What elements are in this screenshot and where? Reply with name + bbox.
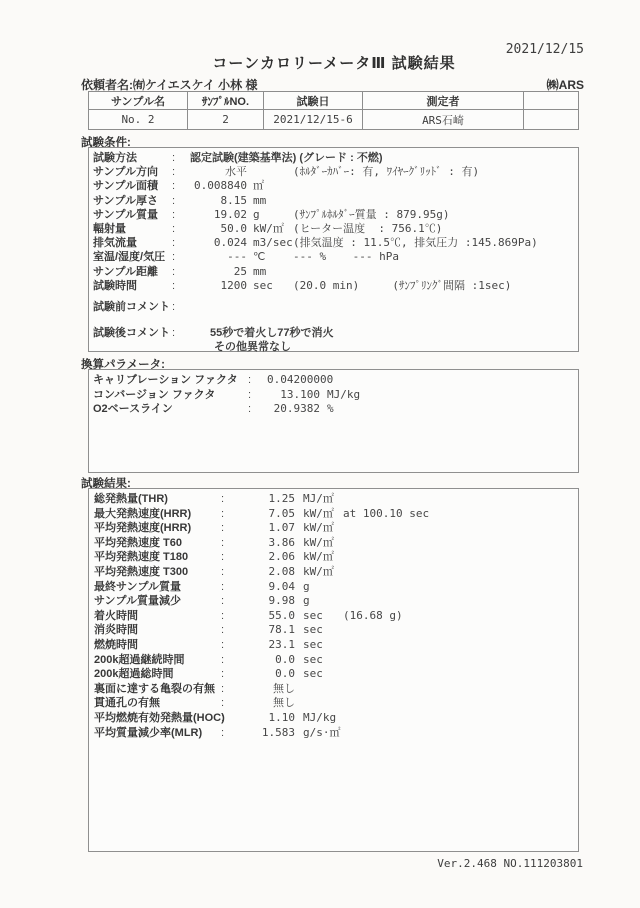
condition-row: 輻射量 : 50.0 kW/㎡ (ヒーター温度 : 756.1℃) bbox=[93, 222, 578, 236]
parameter-row: O2ベースライン : 20.9382 % bbox=[93, 402, 578, 417]
condition-value: 25 bbox=[180, 265, 247, 279]
page-title: コーンカロリーメータⅢ 試験結果 bbox=[88, 52, 580, 73]
sample-info-table: サンプル名ｻﾝﾌﾟﾙNO.試験日測定者 No. 222021/12/15-6AR… bbox=[88, 91, 579, 130]
condition-row: サンプル質量 : 19.02 g (ｻﾝﾌﾟﾙﾎﾙﾀﾞｰ質量 : 879.95g… bbox=[93, 208, 578, 222]
condition-text: 認定試験(建築基準法) (グレード : 不燃) bbox=[190, 151, 382, 165]
condition-row: 室温/湿度/気圧 : --- ℃ --- % --- hPa bbox=[93, 250, 578, 264]
colon: : bbox=[221, 609, 229, 624]
parameter-value: 0.04200000 bbox=[267, 373, 333, 388]
colon: : bbox=[221, 550, 229, 565]
table-data-cell: 2 bbox=[188, 110, 264, 129]
result-value: 無し bbox=[229, 696, 295, 711]
condition-label: サンプル面積 bbox=[93, 179, 172, 193]
result-row: 消炎時間 : 78.1 sec bbox=[94, 623, 578, 638]
colon: : bbox=[221, 682, 229, 697]
result-value: 2.08 bbox=[229, 565, 295, 580]
colon: : bbox=[248, 373, 256, 388]
result-row: 平均発熱速度(HRR) : 1.07 kW/㎡ bbox=[94, 521, 578, 536]
post-test-comment-row: 試験後コメント : 55秒で着火し77秒で消火 bbox=[93, 326, 578, 340]
result-label: 平均発熱速度 T60 bbox=[94, 536, 221, 551]
table-header-cell: 測定者 bbox=[363, 92, 524, 109]
result-value: 1.07 bbox=[229, 521, 295, 536]
sample-table-data-row: No. 222021/12/15-6ARS石崎 bbox=[89, 110, 578, 129]
result-value: 9.04 bbox=[229, 580, 295, 595]
result-value: 23.1 bbox=[229, 638, 295, 653]
condition-label: 排気流量 bbox=[93, 236, 172, 250]
colon: : bbox=[221, 638, 229, 653]
colon: : bbox=[248, 388, 256, 403]
result-unit: MJ/kg bbox=[303, 711, 343, 726]
colon: : bbox=[172, 326, 180, 340]
parameter-unit: % bbox=[327, 402, 334, 417]
condition-label: サンプル厚さ bbox=[93, 194, 172, 208]
result-value: 78.1 bbox=[229, 623, 295, 638]
colon: : bbox=[172, 165, 180, 179]
result-value: 1.10 bbox=[229, 711, 295, 726]
colon: : bbox=[172, 279, 180, 293]
colon: : bbox=[172, 300, 180, 314]
parameter-unit: MJ/kg bbox=[327, 388, 360, 403]
condition-row: 試験時間 : 1200 sec (20.0 min) (ｻﾝﾌﾟﾘﾝｸﾞ間隔 :… bbox=[93, 279, 578, 293]
result-unit: kW/㎡ bbox=[303, 507, 343, 522]
condition-row: サンプル距離 : 25 mm bbox=[93, 265, 578, 279]
parameter-label: キャリブレーション ファクタ bbox=[93, 373, 248, 388]
colon: : bbox=[221, 580, 229, 595]
condition-row: サンプル厚さ : 8.15 mm bbox=[93, 194, 578, 208]
colon: : bbox=[221, 594, 229, 609]
condition-value: 50.0 bbox=[180, 222, 247, 236]
colon: : bbox=[221, 653, 229, 668]
colon: : bbox=[172, 236, 180, 250]
condition-rows: サンプル方向 : 水平 (ﾎﾙﾀﾞｰｶﾊﾞｰ: 有, ﾜｲﾔｰｸﾞﾘｯﾄﾞ : … bbox=[93, 165, 578, 293]
colon: : bbox=[221, 667, 229, 682]
result-unit: MJ/㎡ bbox=[303, 492, 343, 507]
condition-value: 水平 bbox=[180, 165, 247, 179]
result-value: 7.05 bbox=[229, 507, 295, 522]
result-unit: kW/㎡ bbox=[303, 521, 343, 536]
result-unit: kW/㎡ bbox=[303, 550, 343, 565]
condition-unit: ㎡ bbox=[253, 179, 293, 193]
colon: : bbox=[221, 726, 229, 741]
result-value: 55.0 bbox=[229, 609, 295, 624]
result-unit: sec bbox=[303, 638, 343, 653]
condition-note: --- % --- hPa bbox=[293, 250, 399, 264]
parameter-value: 13.100 bbox=[267, 388, 320, 403]
conversion-parameters-box: キャリブレーション ファクタ : 0.04200000 コンバージョン ファクタ… bbox=[88, 369, 579, 473]
condition-label: 試験時間 bbox=[93, 279, 172, 293]
result-unit: sec bbox=[303, 623, 343, 638]
result-value: 2.06 bbox=[229, 550, 295, 565]
result-label: 平均質量減少率(MLR) bbox=[94, 726, 221, 741]
result-row: 最終サンプル質量 : 9.04 g bbox=[94, 580, 578, 595]
condition-label: サンプル方向 bbox=[93, 165, 172, 179]
result-row: 平均発熱速度 T300 : 2.08 kW/㎡ bbox=[94, 565, 578, 580]
condition-label: 室温/湿度/気圧 bbox=[93, 250, 172, 264]
result-unit: kW/㎡ bbox=[303, 536, 343, 551]
post-test-comment-line2: その他異常なし bbox=[214, 340, 578, 354]
condition-value: --- bbox=[180, 250, 247, 264]
table-header-cell: サンプル名 bbox=[89, 92, 188, 109]
result-label: 燃焼時間 bbox=[94, 638, 221, 653]
colon: : bbox=[172, 151, 180, 165]
parameter-rows: キャリブレーション ファクタ : 0.04200000 コンバージョン ファクタ… bbox=[93, 373, 578, 417]
colon: : bbox=[172, 208, 180, 222]
comment-label: 試験前コメント bbox=[93, 300, 172, 314]
result-note: at 100.10 sec bbox=[343, 507, 429, 522]
colon: : bbox=[172, 222, 180, 236]
colon: : bbox=[221, 521, 229, 536]
condition-note: (20.0 min) (ｻﾝﾌﾟﾘﾝｸﾞ間隔 :1sec) bbox=[293, 279, 511, 293]
condition-unit: sec bbox=[253, 279, 293, 293]
result-row: 貫通孔の有無 : 無し bbox=[94, 696, 578, 711]
result-row: 平均発熱速度 T180 : 2.06 kW/㎡ bbox=[94, 550, 578, 565]
colon: : bbox=[221, 507, 229, 522]
result-row: 200k超過継続時間 : 0.0 sec bbox=[94, 653, 578, 668]
result-label: 裏面に達する亀裂の有無 bbox=[94, 682, 221, 697]
table-header-cell: ｻﾝﾌﾟﾙNO. bbox=[188, 92, 264, 109]
condition-note: (ｻﾝﾌﾟﾙﾎﾙﾀﾞｰ質量 : 879.95g) bbox=[293, 208, 449, 222]
condition-value: 19.02 bbox=[180, 208, 247, 222]
result-row: 平均質量減少率(MLR) : 1.583 g/s·㎡ bbox=[94, 726, 578, 741]
result-label: 平均発熱速度 T180 bbox=[94, 550, 221, 565]
result-label: 貫通孔の有無 bbox=[94, 696, 221, 711]
table-data-cell: No. 2 bbox=[89, 110, 188, 129]
condition-label: 輻射量 bbox=[93, 222, 172, 236]
result-label: 最大発熱速度(HRR) bbox=[94, 507, 221, 522]
colon: : bbox=[172, 250, 180, 264]
condition-row: サンプル方向 : 水平 (ﾎﾙﾀﾞｰｶﾊﾞｰ: 有, ﾜｲﾔｰｸﾞﾘｯﾄﾞ : … bbox=[93, 165, 578, 179]
colon: : bbox=[172, 194, 180, 208]
condition-unit: g bbox=[253, 208, 293, 222]
result-label: 200k超過継続時間 bbox=[94, 653, 221, 668]
result-row: 着火時間 : 55.0 sec (16.68 g) bbox=[94, 609, 578, 624]
colon: : bbox=[221, 696, 229, 711]
result-unit: g/s·㎡ bbox=[303, 726, 343, 741]
parameter-row: コンバージョン ファクタ : 13.100 MJ/kg bbox=[93, 388, 578, 403]
result-label: 総発熱量(THR) bbox=[94, 492, 221, 507]
parameter-label: O2ベースライン bbox=[93, 402, 248, 417]
condition-value: 0.024 bbox=[180, 236, 247, 250]
pre-test-comment-row: 試験前コメント : bbox=[93, 300, 578, 314]
post-test-comment-line1: 55秒で着火し77秒で消火 bbox=[210, 326, 333, 340]
colon: : bbox=[221, 623, 229, 638]
result-row: 総発熱量(THR) : 1.25 MJ/㎡ bbox=[94, 492, 578, 507]
result-value: 1.25 bbox=[229, 492, 295, 507]
condition-value: 0.008840 bbox=[180, 179, 247, 193]
condition-value: 8.15 bbox=[180, 194, 247, 208]
result-row: 最大発熱速度(HRR) : 7.05 kW/㎡ at 100.10 sec bbox=[94, 507, 578, 522]
colon: : bbox=[221, 711, 229, 726]
condition-unit: mm bbox=[253, 265, 293, 279]
result-value: 無し bbox=[229, 682, 295, 697]
result-value: 0.0 bbox=[229, 667, 295, 682]
condition-row-method: 試験方法 : 認定試験(建築基準法) (グレード : 不燃) bbox=[93, 151, 578, 165]
parameter-label: コンバージョン ファクタ bbox=[93, 388, 248, 403]
colon: : bbox=[221, 492, 229, 507]
table-data-cell: ARS石崎 bbox=[363, 110, 524, 129]
condition-note: (ﾎﾙﾀﾞｰｶﾊﾞｰ: 有, ﾜｲﾔｰｸﾞﾘｯﾄﾞ : 有) bbox=[293, 165, 479, 179]
result-value: 9.98 bbox=[229, 594, 295, 609]
result-label: 平均燃焼有効発熱量(HOC) bbox=[94, 711, 221, 726]
result-unit: sec bbox=[303, 653, 343, 668]
result-label: 200k超過総時間 bbox=[94, 667, 221, 682]
colon: : bbox=[172, 265, 180, 279]
result-value: 1.583 bbox=[229, 726, 295, 741]
result-unit: kW/㎡ bbox=[303, 565, 343, 580]
colon: : bbox=[248, 402, 256, 417]
result-unit: sec bbox=[303, 667, 343, 682]
colon: : bbox=[221, 565, 229, 580]
colon: : bbox=[172, 179, 180, 193]
result-row: サンプル質量減少 : 9.98 g bbox=[94, 594, 578, 609]
result-label: 平均発熱速度 T300 bbox=[94, 565, 221, 580]
software-version: Ver.2.468 NO.111203801 bbox=[437, 857, 583, 870]
result-unit: sec bbox=[303, 609, 343, 624]
condition-unit: m3/sec bbox=[253, 236, 293, 250]
result-label: 最終サンプル質量 bbox=[94, 580, 221, 595]
table-data-cell: 2021/12/15-6 bbox=[264, 110, 363, 129]
condition-label: 試験方法 bbox=[93, 151, 172, 165]
table-data-cell bbox=[524, 110, 579, 129]
condition-value: 1200 bbox=[180, 279, 247, 293]
table-header-cell: 試験日 bbox=[264, 92, 363, 109]
result-label: 着火時間 bbox=[94, 609, 221, 624]
parameter-value: 20.9382 bbox=[267, 402, 320, 417]
result-value: 3.86 bbox=[229, 536, 295, 551]
condition-unit: ℃ bbox=[253, 250, 293, 264]
result-label: 消炎時間 bbox=[94, 623, 221, 638]
result-label: 平均発熱速度(HRR) bbox=[94, 521, 221, 536]
result-unit: g bbox=[303, 580, 343, 595]
comment-label: 試験後コメント bbox=[93, 326, 172, 340]
result-label: サンプル質量減少 bbox=[94, 594, 221, 609]
result-row: 平均発熱速度 T60 : 3.86 kW/㎡ bbox=[94, 536, 578, 551]
result-note: (16.68 g) bbox=[343, 609, 403, 624]
result-row: 燃焼時間 : 23.1 sec bbox=[94, 638, 578, 653]
table-header-cell bbox=[524, 92, 579, 109]
result-rows: 総発熱量(THR) : 1.25 MJ/㎡ 最大発熱速度(HRR) : 7.05… bbox=[94, 492, 578, 740]
test-conditions-box: 試験方法 : 認定試験(建築基準法) (グレード : 不燃) サンプル方向 : … bbox=[88, 147, 579, 352]
colon: : bbox=[221, 536, 229, 551]
result-row: 平均燃焼有効発熱量(HOC) : 1.10 MJ/kg bbox=[94, 711, 578, 726]
condition-label: サンプル質量 bbox=[93, 208, 172, 222]
result-row: 200k超過総時間 : 0.0 sec bbox=[94, 667, 578, 682]
condition-label: サンプル距離 bbox=[93, 265, 172, 279]
result-value: 0.0 bbox=[229, 653, 295, 668]
condition-unit: kW/㎡ bbox=[253, 222, 293, 236]
result-unit: g bbox=[303, 594, 343, 609]
condition-unit: mm bbox=[253, 194, 293, 208]
result-row: 裏面に達する亀裂の有無 : 無し bbox=[94, 682, 578, 697]
sample-table-header-row: サンプル名ｻﾝﾌﾟﾙNO.試験日測定者 bbox=[89, 92, 578, 110]
condition-note: (ヒーター温度 : 756.1℃) bbox=[293, 222, 442, 236]
condition-row: 排気流量 : 0.024 m3/sec (排気温度 : 11.5℃, 排気圧力 … bbox=[93, 236, 578, 250]
condition-note: (排気温度 : 11.5℃, 排気圧力 :145.869Pa) bbox=[293, 236, 538, 250]
test-results-box: 総発熱量(THR) : 1.25 MJ/㎡ 最大発熱速度(HRR) : 7.05… bbox=[88, 488, 579, 852]
parameter-row: キャリブレーション ファクタ : 0.04200000 bbox=[93, 373, 578, 388]
condition-row: サンプル面積 : 0.008840 ㎡ bbox=[93, 179, 578, 193]
